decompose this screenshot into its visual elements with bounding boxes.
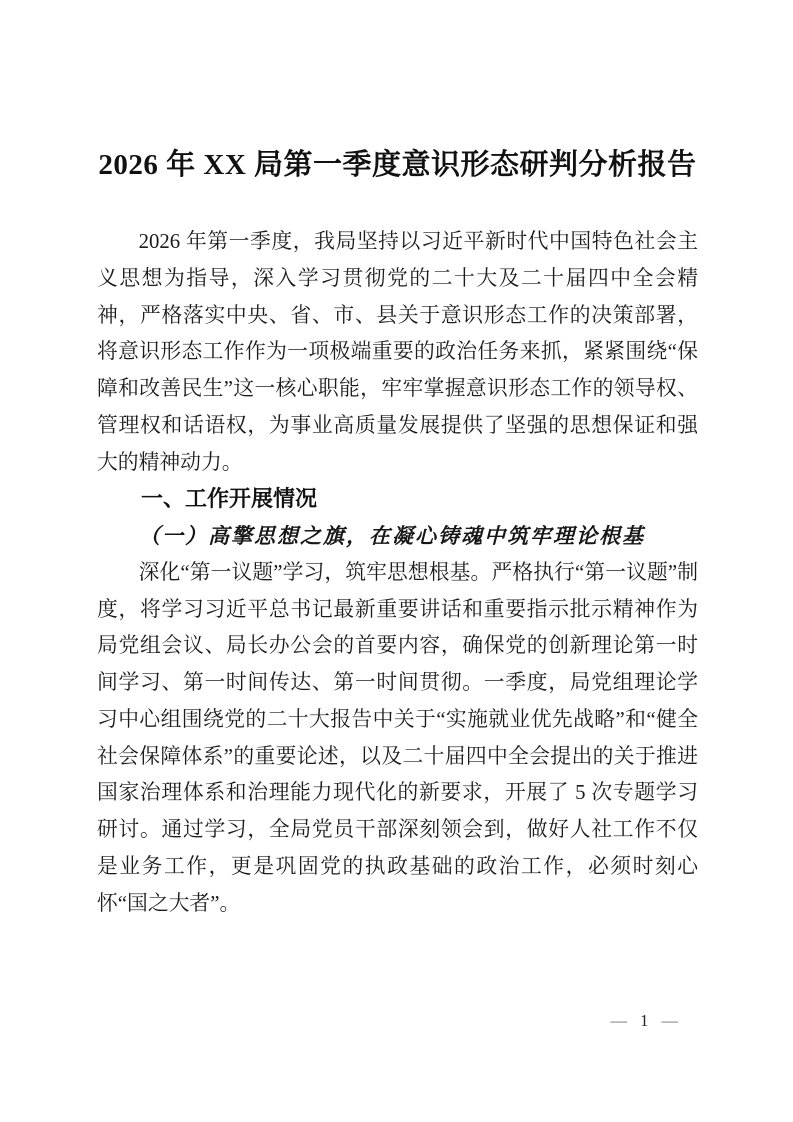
document-page: 2026 年 XX 局第一季度意识形态研判分析报告 2026 年第一季度，我局坚…	[0, 0, 793, 1122]
section-heading-work-progress: 一、工作开展情况	[97, 481, 698, 518]
document-body: 2026 年第一季度，我局坚持以习近平新时代中国特色社会主义思想为指导，深入学习…	[97, 224, 698, 922]
document-title: 2026 年 XX 局第一季度意识形态研判分析报告	[97, 145, 698, 186]
intro-paragraph: 2026 年第一季度，我局坚持以习近平新时代中国特色社会主义思想为指导，深入学习…	[97, 224, 698, 481]
document-content: 2026 年 XX 局第一季度意识形态研判分析报告 2026 年第一季度，我局坚…	[97, 0, 698, 922]
page-number: — 1 —	[611, 1010, 679, 1032]
page-number-left-dash: —	[611, 1011, 628, 1030]
page-number-value: 1	[640, 1011, 648, 1030]
page-number-right-dash: —	[662, 1011, 679, 1030]
section-body-paragraph: 深化“第一议题”学习，筑牢思想根基。严格执行“第一议题”制度，将学习习近平总书记…	[97, 555, 698, 923]
subsection-heading-theory-foundation: （一）高擎思想之旗，在凝心铸魂中筑牢理论根基	[97, 518, 698, 555]
